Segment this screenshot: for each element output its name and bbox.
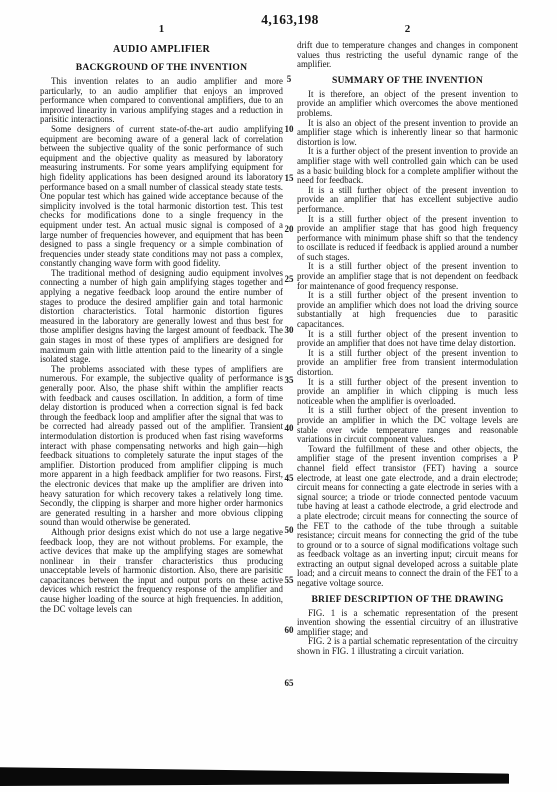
left-column: 1 AUDIO AMPLIFIER BACKGROUND OF THE INVE… (40, 23, 283, 657)
summary-paragraph: It is therefore, an object of the presen… (297, 90, 518, 119)
text-columns: 1 AUDIO AMPLIFIER BACKGROUND OF THE INVE… (40, 23, 518, 657)
patent-page: 4,163,198 1 AUDIO AMPLIFIER BACKGROUND O… (0, 0, 557, 792)
background-paragraph: This invention relates to an audio ampli… (40, 77, 283, 125)
drawing-paragraph: FIG. 2 is a partial schematic representa… (297, 637, 518, 656)
summary-paragraph: Toward the fulfillment of these and othe… (297, 445, 518, 589)
right-column-number: 2 (297, 23, 518, 35)
background-paragraph: The problems associated with these types… (40, 365, 283, 528)
summary-paragraph: It is a still further object of the pres… (297, 330, 518, 349)
continuation-paragraph: drift due to temperature changes and cha… (297, 41, 518, 70)
summary-paragraph: It is a still further object of the pres… (297, 262, 518, 291)
summary-paragraph: It is a still further object of the pres… (297, 186, 518, 215)
summary-paragraph: It is a still further object of the pres… (297, 291, 518, 329)
background-heading: BACKGROUND OF THE INVENTION (40, 62, 283, 73)
left-column-number: 1 (40, 23, 283, 35)
drawing-paragraph: FIG. 1 is a schematic representation of … (297, 609, 518, 638)
summary-paragraph: It is also an object of the present inve… (297, 119, 518, 148)
line-number: 65 (278, 678, 300, 688)
background-paragraph: Some designers of current state-of-the-a… (40, 125, 283, 269)
background-paragraph: Although prior designs exist which do no… (40, 528, 283, 614)
summary-paragraph: It is a further object of the present in… (297, 147, 518, 185)
summary-paragraph: It is a still further object of the pres… (297, 378, 518, 407)
summary-paragraph: It is a still further object of the pres… (297, 349, 518, 378)
summary-paragraph: It is a still further object of the pres… (297, 215, 518, 263)
summary-heading: SUMMARY OF THE INVENTION (297, 75, 518, 86)
summary-paragraph: It is a still further object of the pres… (297, 406, 518, 444)
column-gutter (283, 23, 297, 657)
drawing-heading: BRIEF DESCRIPTION OF THE DRAWING (297, 594, 518, 605)
invention-title: AUDIO AMPLIFIER (40, 44, 283, 55)
scan-artifact-bar (0, 766, 509, 786)
background-paragraph: The traditional method of designing audi… (40, 269, 283, 365)
right-column: 2 drift due to temperature changes and c… (297, 23, 518, 657)
